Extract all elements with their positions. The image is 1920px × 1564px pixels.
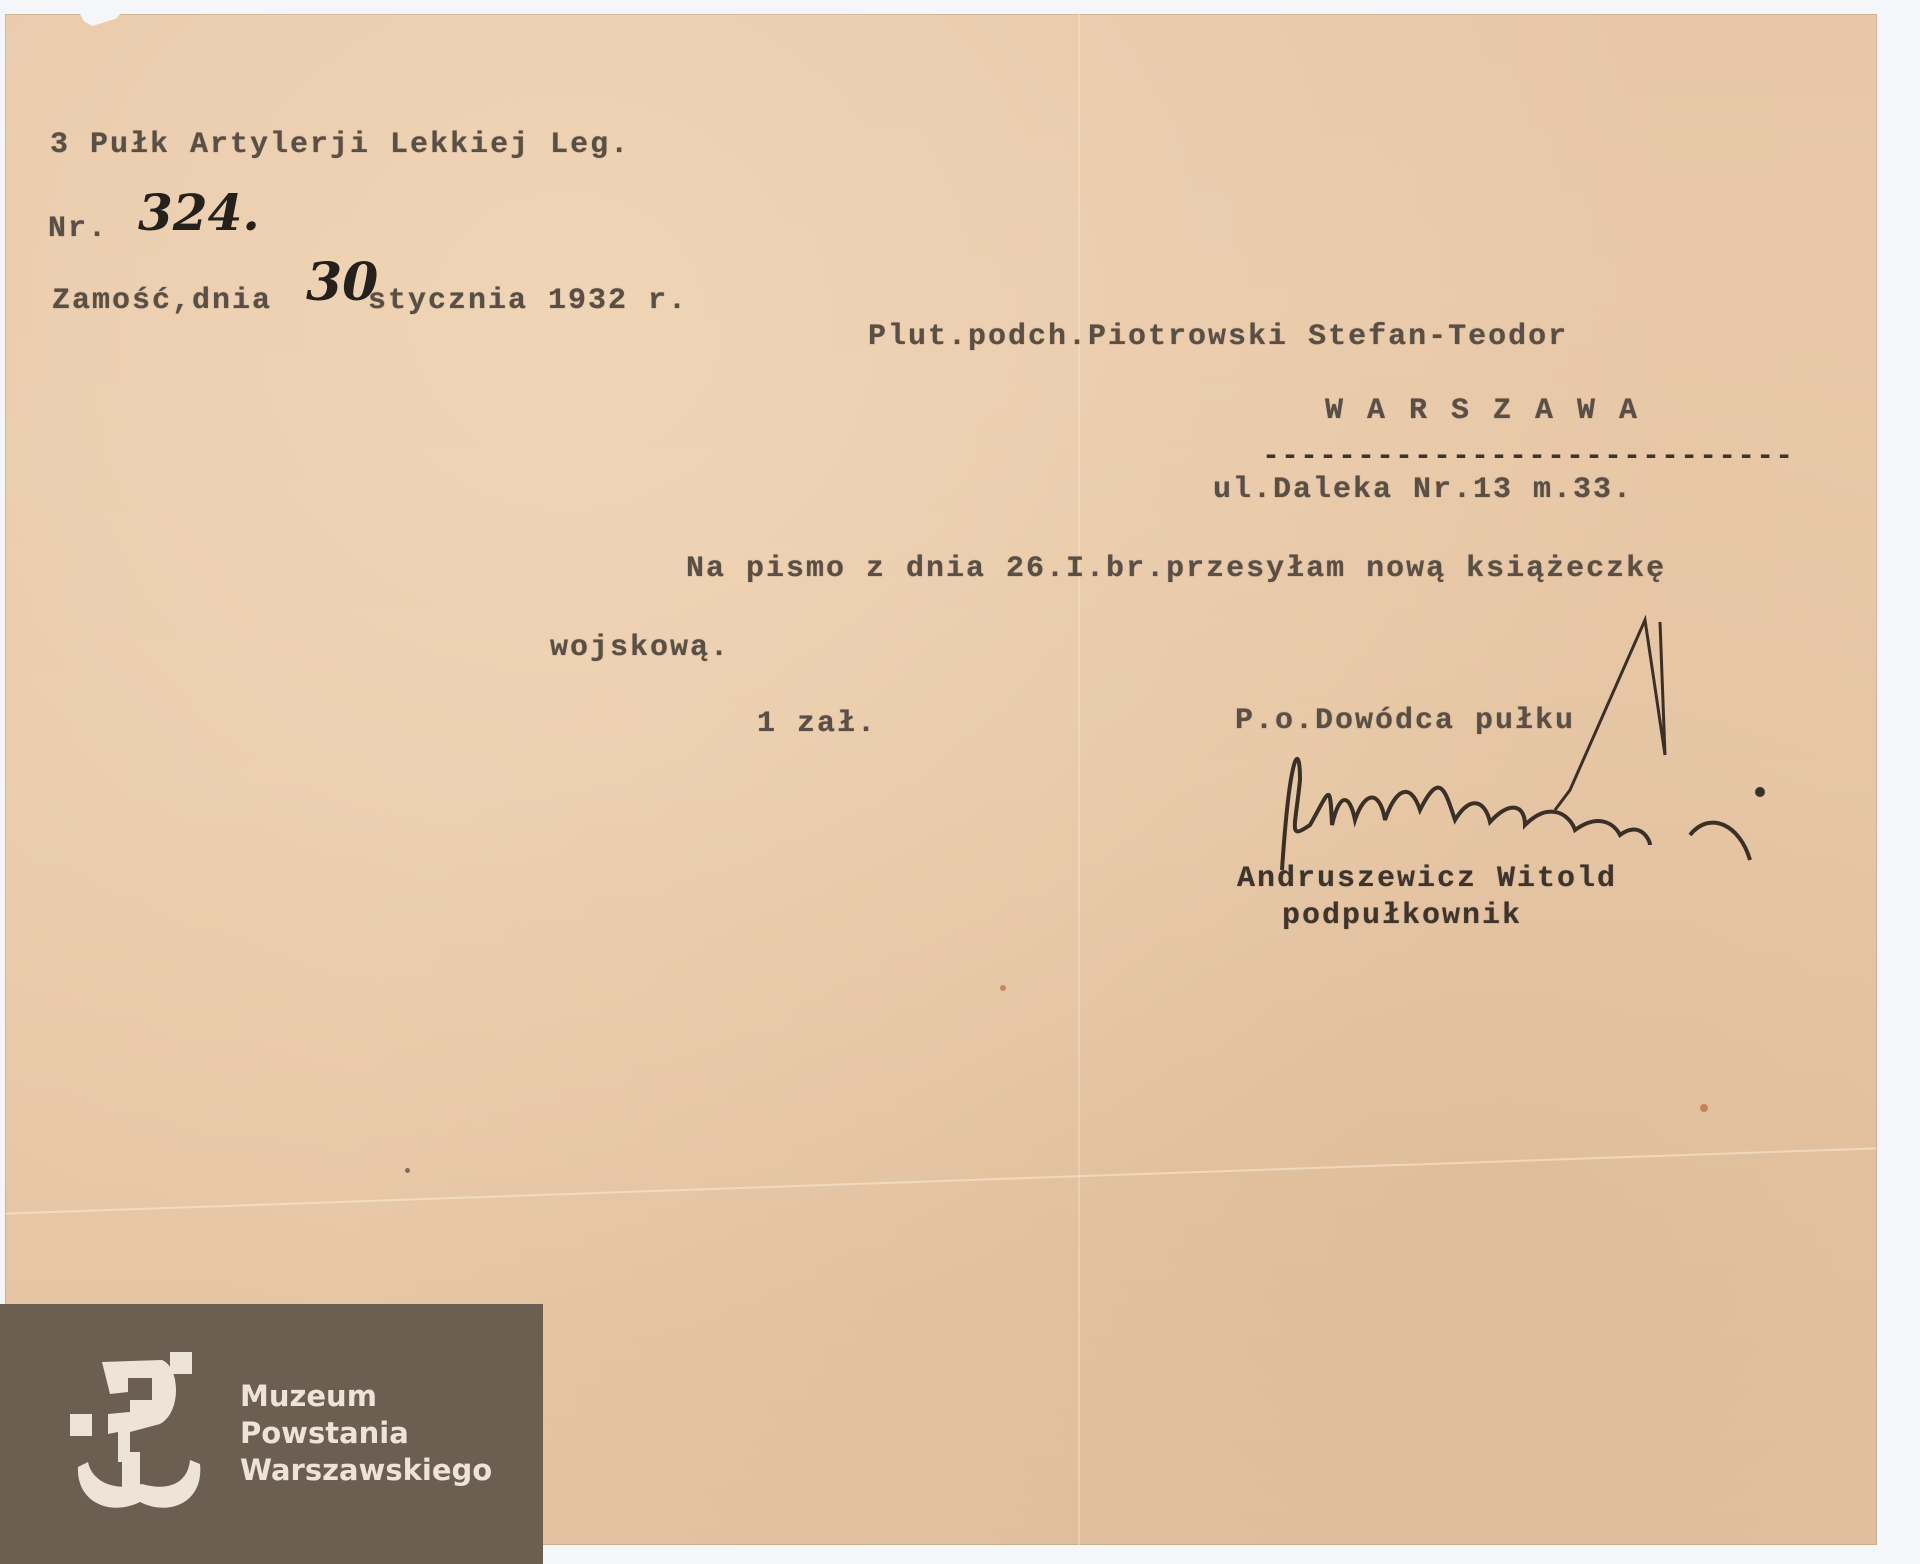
address-underline: ---------------------------- xyxy=(1262,440,1794,474)
paper-fold xyxy=(1078,14,1080,1545)
enclosure-note: 1 zał. xyxy=(757,707,877,741)
ink-spot xyxy=(1000,985,1006,991)
kotwica-anchor-icon xyxy=(70,1352,210,1512)
museum-name-line-3: Warszawskiego xyxy=(240,1452,492,1489)
place-date-prefix: Zamość,dnia xyxy=(52,284,272,318)
addressee-street: ul.Daleka Nr.13 m.33. xyxy=(1213,473,1633,507)
addressee-name: Plut.podch.Piotrowski Stefan-Teodor xyxy=(868,320,1568,354)
museum-name-line-2: Powstania xyxy=(240,1415,492,1452)
museum-name: Muzeum Powstania Warszawskiego xyxy=(240,1378,492,1489)
body-line-1: Na pismo z dnia 26.I.br.przesyłam nową k… xyxy=(686,552,1666,586)
museum-name-line-1: Muzeum xyxy=(240,1378,492,1415)
handwritten-signature xyxy=(1270,610,1790,890)
number-label: Nr. xyxy=(48,212,108,246)
ink-spot xyxy=(1700,1104,1708,1112)
body-line-2: wojskową. xyxy=(550,631,730,665)
unit-name: 3 Pułk Artylerji Lekkiej Leg. xyxy=(50,128,630,162)
signatory-rank: podpułkownik xyxy=(1282,899,1522,933)
ink-spot xyxy=(405,1168,410,1173)
place-date-suffix: stycznia 1932 r. xyxy=(368,284,688,318)
signatory-name: Andruszewicz Witold xyxy=(1237,862,1617,896)
addressee-city: W A R S Z A W A xyxy=(1325,394,1640,428)
handwritten-number: 324. xyxy=(138,183,260,242)
